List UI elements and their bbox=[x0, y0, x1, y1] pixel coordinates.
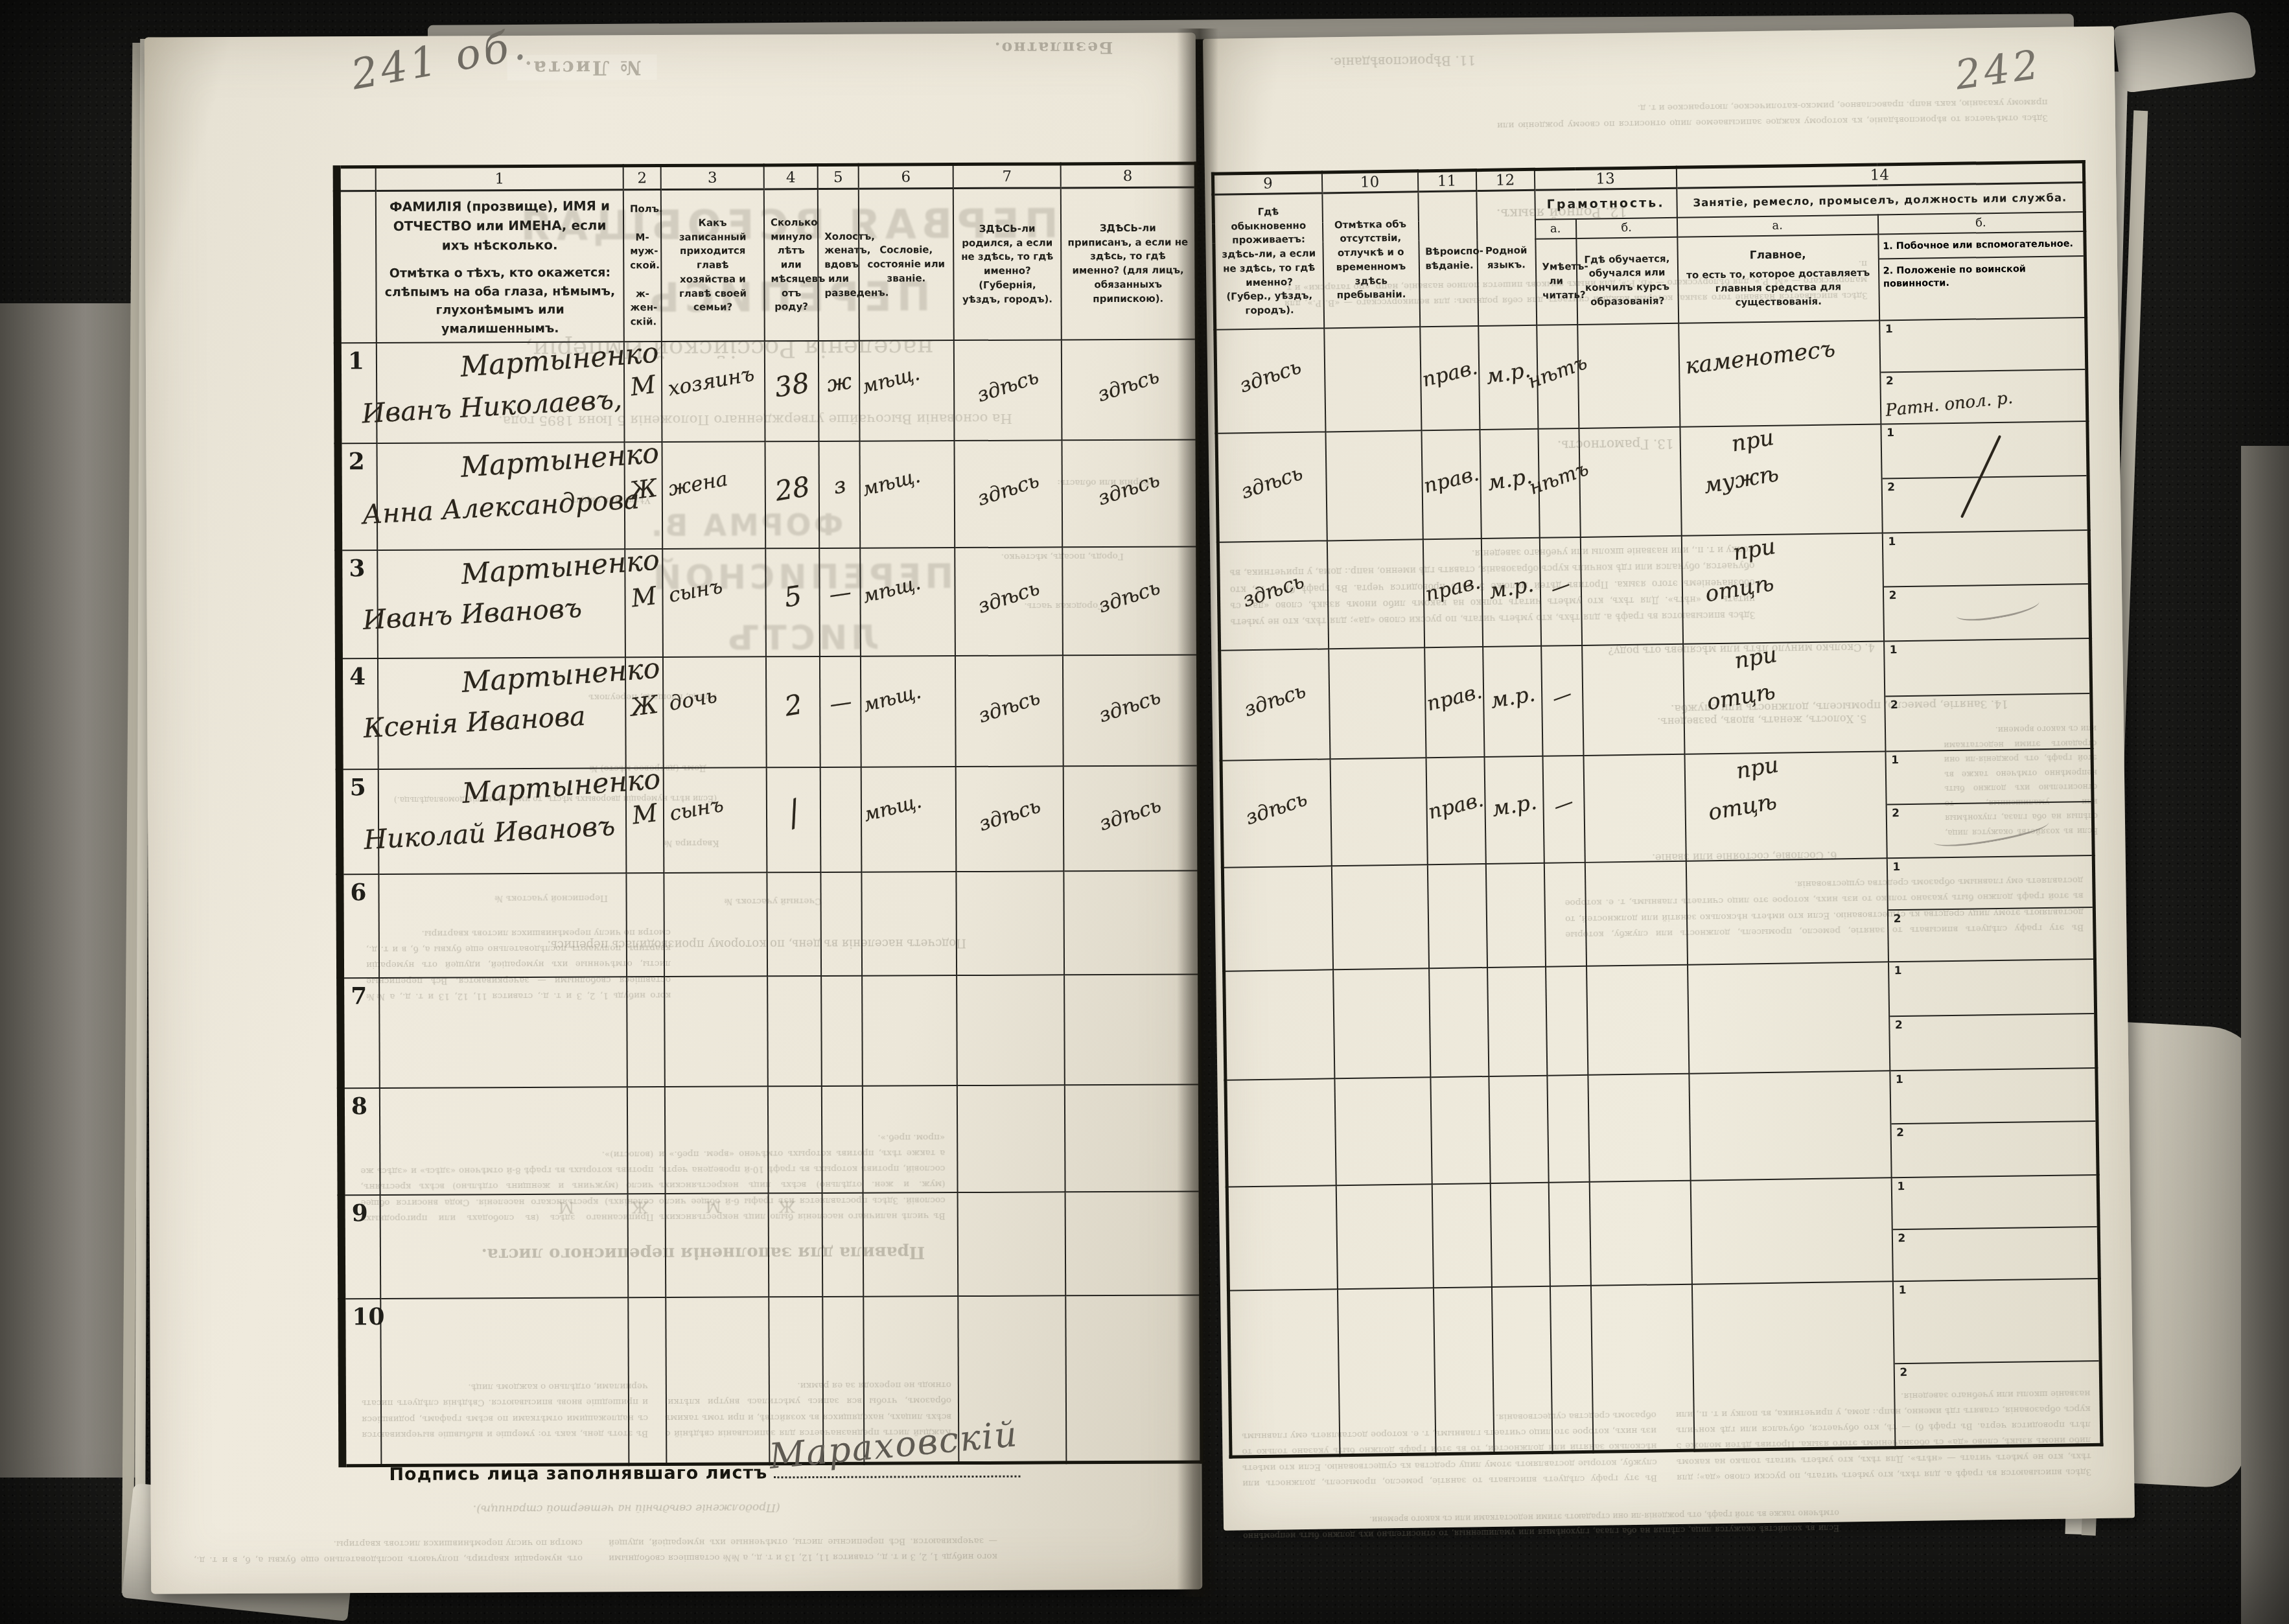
cell-relation: жена bbox=[662, 441, 765, 549]
bleed-religion-paragraph: Здѣсь отмѣчается то вѣроисповѣданіе, къ … bbox=[1496, 29, 2048, 133]
row-number: 5 bbox=[343, 770, 378, 801]
hw-age: 2 bbox=[782, 688, 804, 723]
bleed-bottom-line: Если въ хозяйствѣ окажутся лица, слѣпыя … bbox=[1243, 1496, 1840, 1544]
cell-born: здѣсь bbox=[956, 766, 1064, 872]
table-row: 2 МартыненкоАнна Александрова Ж жена 28 … bbox=[338, 439, 1198, 550]
cell-absence bbox=[1327, 539, 1424, 649]
col-number-10: 10 bbox=[1321, 171, 1417, 193]
col-number-11: 11 bbox=[1417, 170, 1476, 192]
table-row-empty: 7 bbox=[340, 974, 1200, 1088]
header-age: Сколько минуло лѣтъ или мѣсяцевъ отъ род… bbox=[764, 189, 819, 342]
hw-religion: прав. bbox=[1424, 680, 1484, 716]
hw-military: Ратн. опол. р. bbox=[1884, 388, 2013, 421]
hw-estate: мѣщ. bbox=[861, 790, 924, 826]
cell-religion: прав. bbox=[1424, 647, 1484, 758]
cell-absence bbox=[1329, 647, 1426, 759]
bleed-religion-item: 11. Вѣроисповѣданіе. bbox=[1312, 52, 1493, 71]
table-row-empty: 12 bbox=[1227, 1174, 2099, 1290]
cell-born: здѣсь bbox=[954, 440, 1062, 548]
cell-resides: здѣсь bbox=[1215, 328, 1325, 433]
hw-marital: — bbox=[828, 689, 853, 717]
subcell-2: 2 bbox=[1885, 692, 2091, 750]
cell-age: / bbox=[767, 767, 821, 872]
col-number-7: 7 bbox=[953, 164, 1061, 189]
signature-label: Подпись лица заполнявшаго листъ bbox=[389, 1463, 767, 1485]
table-row-empty: 8 bbox=[341, 1084, 1200, 1195]
header-occupation-side: 1. Побочное или вспомогательное. 2. Поло… bbox=[1878, 231, 2086, 320]
hw-relation: жена bbox=[666, 467, 729, 501]
subcell-1: 1 bbox=[1885, 639, 2090, 695]
census-sheet-left-page: 241 об. № Листа. Безплатно. ПЕРВАЯ ВСЕОБ… bbox=[145, 32, 1202, 1594]
header-religion: Вѣроиспо- вѣданіе. bbox=[1418, 191, 1478, 327]
cell-occupation-side: 12 bbox=[1887, 855, 2095, 961]
hw-occupation: при bbox=[1729, 424, 1775, 457]
signature-dotted-line bbox=[774, 1476, 1020, 1479]
table-row-empty: 12 bbox=[1228, 1278, 2101, 1457]
subcell-1-label: 1 bbox=[1887, 426, 1894, 439]
hw-resides: здѣсь bbox=[1237, 355, 1305, 398]
hw-estate: мѣщ. bbox=[859, 362, 922, 399]
col-number-5: 5 bbox=[818, 165, 859, 189]
cell-occupation: приотцѣ bbox=[1684, 751, 1887, 861]
cell-occupation-side: 12 bbox=[1882, 529, 2090, 640]
subcell-2-label: 2 bbox=[1886, 375, 1894, 388]
subcell-2: 2Ратн. опол. р. bbox=[1881, 369, 2086, 423]
cell-relation: сынъ bbox=[664, 767, 767, 873]
hw-given-name: Анна Александрова bbox=[362, 483, 640, 530]
cell-name: МартыненкоКсенія Иванова bbox=[378, 657, 626, 769]
table-row: 1 МартыненкоИванъ Николаевъ, М хозяинъ 3… bbox=[338, 339, 1197, 443]
cell-language: м.р. bbox=[1484, 756, 1544, 863]
header-occupation-main-text: то есть то, которое доставляетъ главныя … bbox=[1686, 266, 1870, 308]
cell-reads: нѣтъ bbox=[1537, 324, 1579, 428]
table-row-empty: 6 bbox=[340, 870, 1199, 978]
free-of-charge-stamp: Безплатно. bbox=[993, 38, 1113, 58]
header-residence: Гдѣ обыкновенно проживаетъ: здѣсь-ли, а … bbox=[1213, 193, 1324, 329]
cell-resides: здѣсь bbox=[1220, 649, 1330, 760]
row-number: 1 bbox=[342, 343, 376, 375]
header-education: Гдѣ обучается, обучался или кончилъ курс… bbox=[1576, 237, 1679, 324]
hw-occupation: при bbox=[1732, 641, 1778, 674]
cell-estate: мѣщ. bbox=[861, 656, 956, 767]
sublabel-13a: а. bbox=[1535, 218, 1575, 238]
hw-sex: Ж bbox=[629, 690, 660, 722]
table-row: 4 МартыненкоКсенія Иванова Ж дочь 2 — мѣ… bbox=[339, 655, 1198, 769]
cell-education bbox=[1577, 323, 1680, 428]
subcell-2-label: 2 bbox=[1900, 1366, 1907, 1379]
cell-born: здѣсь bbox=[955, 547, 1063, 656]
hw-given-name: Иванъ Николаевъ, bbox=[361, 384, 623, 430]
cell-registered: здѣсь bbox=[1062, 339, 1197, 440]
subcell-1-label: 1 bbox=[1888, 535, 1896, 548]
col-number-3: 3 bbox=[661, 165, 764, 190]
bleed-continuation-note: (Продолженіе свѣдѣній на четвертой стран… bbox=[413, 1500, 841, 1516]
hw-age: / bbox=[780, 794, 807, 834]
col-number-9: 9 bbox=[1213, 172, 1321, 194]
hw-age: 5 bbox=[782, 579, 804, 613]
col-number-4: 4 bbox=[764, 165, 818, 189]
subcell-1-label: 1 bbox=[1897, 1180, 1905, 1193]
cell-occupation: приотцѣ bbox=[1683, 641, 1885, 754]
hw-born: здѣсь bbox=[975, 576, 1042, 618]
cell-registered: здѣсь bbox=[1062, 439, 1197, 547]
cell-occupation-side: 12 bbox=[1881, 421, 2089, 533]
side-occupation-split: 12Ратн. опол. р. bbox=[1880, 318, 2086, 423]
census-table-right: 9 10 11 12 13 14 Гдѣ обыкновенно прожива… bbox=[1211, 160, 2104, 1459]
hw-estate: мѣщ. bbox=[860, 465, 923, 501]
col-number-8: 8 bbox=[1061, 163, 1196, 188]
cell-language: м.р. bbox=[1483, 645, 1542, 756]
subcell-2-label: 2 bbox=[1896, 1126, 1904, 1139]
hw-relation: сынъ bbox=[668, 793, 725, 825]
cell-education bbox=[1579, 426, 1681, 537]
cell-name: МартыненкоИванъ Николаевъ, bbox=[377, 342, 625, 443]
hw-estate: мѣщ. bbox=[861, 680, 924, 717]
hw-registered: здѣсь bbox=[1095, 468, 1163, 510]
census-table-left: 1 2 3 4 5 6 7 8 ФАМИЛІЯ (прозвище), ИМЯ … bbox=[333, 161, 1203, 1467]
cell-absence bbox=[1330, 758, 1427, 866]
table-row-empty: 12 bbox=[1224, 958, 2097, 1080]
subcell-2-label: 2 bbox=[1888, 589, 1896, 602]
cell-estate: мѣщ. bbox=[859, 340, 955, 441]
hw-language: м.р. bbox=[1488, 680, 1537, 713]
table-row: здѣсь прав. м.р. — приотцѣ 12 bbox=[1218, 529, 2090, 650]
subcell-1-label: 1 bbox=[1890, 644, 1898, 656]
cell-education bbox=[1583, 754, 1686, 862]
table-row-empty: 12 bbox=[1222, 855, 2095, 971]
cell-occupation-side: 12 bbox=[1891, 1174, 2099, 1281]
header-side-occupation: 1. Побочное или вспомогательное. bbox=[1879, 232, 2084, 259]
table-row: 5 МартыненкоНиколай Ивановъ М сынъ / мѣщ… bbox=[340, 765, 1199, 874]
hw-occupation-2: отцѣ bbox=[1704, 678, 1777, 715]
header-row-number-col bbox=[337, 191, 377, 343]
side-occupation-split: 12 bbox=[1883, 531, 2089, 640]
header-absence: Отмѣтка объ отсутствіи, отлучкѣ и о врем… bbox=[1322, 192, 1420, 328]
col-number-2: 2 bbox=[623, 166, 661, 190]
hw-occupation-2: отцѣ bbox=[1703, 570, 1776, 607]
photograph-of-census-ledger: 241 об. № Листа. Безплатно. ПЕРВАЯ ВСЕОБ… bbox=[0, 0, 2289, 1624]
cell-relation: сынъ bbox=[662, 548, 766, 657]
hw-sex: М bbox=[631, 798, 659, 830]
cell-resides: здѣсь bbox=[1218, 540, 1328, 650]
hw-relation: сынъ bbox=[667, 575, 725, 607]
cell-age: 28 bbox=[765, 441, 819, 548]
header-relation: Какъ записанный приходится главѣ хозяйст… bbox=[661, 189, 765, 342]
header-estate: Сословіе, состояніе или званіе. bbox=[859, 189, 954, 341]
table-row: здѣсь прав. м.р. нѣтъ каменотесъ 12Ратн.… bbox=[1215, 318, 2087, 434]
row-number: 2 bbox=[342, 444, 377, 475]
cell-occupation-side: 12 bbox=[1890, 1067, 2098, 1177]
cell-religion: прав. bbox=[1421, 430, 1481, 539]
subcell-2-label: 2 bbox=[1892, 807, 1900, 820]
subcell-2-label: 2 bbox=[1893, 912, 1901, 925]
cell-education bbox=[1580, 535, 1682, 645]
header-occupation-main: Главное,то есть то, которое доставляетъ … bbox=[1677, 234, 1879, 323]
table-row: здѣсь прав. м.р. — приотцѣ 12 bbox=[1221, 748, 2093, 867]
cell-resides: здѣсь bbox=[1216, 432, 1327, 542]
cell-born: здѣсь bbox=[954, 340, 1062, 441]
subcell-1: 1 bbox=[1883, 531, 2088, 586]
hw-sex: М bbox=[629, 370, 657, 402]
row-number: 4 bbox=[343, 659, 377, 690]
subcell-1: 1 bbox=[1886, 748, 2091, 804]
subcell-1-label: 1 bbox=[1896, 1073, 1903, 1086]
hw-age: 28 bbox=[773, 470, 812, 507]
hw-estate: мѣщ. bbox=[861, 572, 924, 608]
census-sheet-right-page: 242 11. Вѣроисповѣданіе. Здѣсь отмѣчаетс… bbox=[1203, 26, 2135, 1530]
hw-marital: — bbox=[827, 579, 852, 608]
col-number-6: 6 bbox=[859, 165, 953, 189]
hw-born: здѣсь bbox=[975, 686, 1043, 728]
table-row-empty: 12 bbox=[1226, 1067, 2098, 1187]
cell-age: 38 bbox=[765, 341, 819, 441]
header-name-note: Отмѣтка о тѣхъ, кто окажется: слѣпымъ на… bbox=[382, 263, 617, 338]
cell-occupation-side: 12 bbox=[1888, 958, 2096, 1070]
cell-education bbox=[1582, 644, 1684, 755]
cell-estate: мѣщ. bbox=[861, 767, 957, 872]
header-marital: Холостъ, женатъ, вдовъ или разведенъ. bbox=[818, 189, 859, 341]
subcell-1: 1 bbox=[1880, 318, 2086, 371]
hw-religion: прав. bbox=[1423, 570, 1482, 607]
corner-cell bbox=[337, 167, 376, 191]
side-occupation-split: 12 bbox=[1881, 422, 2087, 532]
row-number: 8 bbox=[345, 1089, 379, 1120]
subcell-1-label: 1 bbox=[1894, 964, 1902, 977]
row-number: 7 bbox=[344, 979, 378, 1010]
cell-marital bbox=[820, 767, 862, 872]
row-number: 6 bbox=[343, 875, 378, 906]
cell-occupation-side: 12Ратн. опол. р. bbox=[1879, 318, 2087, 424]
header-occupation-main-word: Главное, bbox=[1684, 246, 1872, 265]
cell-name: МартыненкоНиколай Ивановъ bbox=[378, 768, 627, 874]
cell-occupation: приотцѣ bbox=[1681, 533, 1883, 644]
cell-absence bbox=[1325, 430, 1423, 540]
signature-row: Подпись лица заполнявшаго листъ Мараховс… bbox=[389, 1462, 1011, 1485]
header-name-column: ФАМИЛІЯ (прозвище), ИМЯ и ОТЧЕСТВО или И… bbox=[376, 190, 624, 343]
cell-occupation-side: 12 bbox=[1884, 638, 2092, 750]
hw-registered: здѣсь bbox=[1097, 793, 1164, 835]
cell-religion: прав. bbox=[1420, 326, 1480, 430]
hw-resides: здѣсь bbox=[1238, 461, 1307, 504]
subcell-2-label: 2 bbox=[1898, 1232, 1905, 1245]
hw-given-name: Ксенія Иванова bbox=[362, 701, 586, 744]
cell-religion: прав. bbox=[1423, 539, 1482, 647]
subcell-1-label: 1 bbox=[1898, 1284, 1906, 1297]
hw-sex: Ж bbox=[628, 473, 659, 505]
cell-language: м.р. bbox=[1481, 537, 1540, 646]
subcell-2-label: 2 bbox=[1890, 699, 1898, 712]
subcell-2-label: 2 bbox=[1895, 1019, 1903, 1032]
cell-born: здѣсь bbox=[955, 655, 1063, 767]
col-number-12: 12 bbox=[1476, 169, 1534, 191]
col-number-1: 1 bbox=[376, 166, 623, 191]
table-row: здѣсь прав. м.р. нѣтъ примужѣ 12 bbox=[1216, 421, 2089, 542]
cell-marital: — bbox=[820, 656, 861, 767]
hw-given-name: Иванъ Ивановъ bbox=[362, 592, 583, 636]
hw-religion: прав. bbox=[1420, 356, 1480, 392]
table-row: здѣсь прав. м.р. — приотцѣ 12 bbox=[1220, 638, 2092, 760]
cell-registered: здѣсь bbox=[1063, 655, 1198, 766]
cell-reads: — bbox=[1539, 537, 1581, 645]
sheet-number-stamp: № Листа. bbox=[507, 54, 657, 80]
hw-occupation-2: отцѣ bbox=[1706, 788, 1778, 826]
sublabel-13b: б. bbox=[1575, 217, 1677, 238]
cell-marital: з bbox=[819, 441, 860, 548]
cell-reads: — bbox=[1542, 755, 1585, 863]
hw-resides: здѣсь bbox=[1241, 679, 1309, 721]
cell-reads: нѣтъ bbox=[1538, 428, 1580, 537]
cell-relation: хозяинъ bbox=[662, 341, 765, 442]
cell-estate: мѣщ. bbox=[859, 441, 955, 548]
hw-religion: прав. bbox=[1421, 462, 1481, 498]
cell-absence bbox=[1324, 327, 1421, 432]
col-number-13: 13 bbox=[1534, 167, 1676, 190]
hw-resides: здѣсь bbox=[1243, 787, 1311, 830]
cell-religion: прав. bbox=[1426, 757, 1485, 864]
hw-marital: ж bbox=[825, 369, 854, 398]
backing-card-right bbox=[2241, 446, 2289, 1624]
header-name-main: ФАМИЛІЯ (прозвище), ИМЯ и ОТЧЕСТВО или И… bbox=[382, 196, 617, 255]
side-occupation-split: 12 bbox=[1885, 639, 2091, 750]
hw-born: здѣсь bbox=[976, 794, 1043, 836]
hw-occupation: при bbox=[1731, 533, 1777, 566]
hw-sex: М bbox=[629, 581, 658, 613]
cell-name: МартыненкоАнна Александрова bbox=[377, 442, 625, 550]
cell-estate: мѣщ. bbox=[860, 548, 955, 656]
hw-registered: здѣсь bbox=[1095, 365, 1162, 407]
backing-card-left bbox=[0, 303, 141, 1478]
folded-corner-top-right bbox=[2113, 10, 2256, 94]
hw-marital: з bbox=[831, 472, 847, 500]
hw-age: 38 bbox=[772, 367, 811, 404]
hw-reads: — bbox=[1548, 573, 1574, 601]
header-literacy-group: Грамотность. bbox=[1535, 188, 1677, 219]
header-registration: ЗДѢСЬ-ли приписанъ, а если не здѣсь, то … bbox=[1061, 187, 1196, 340]
cell-registered: здѣсь bbox=[1063, 765, 1199, 871]
hw-occupation-2: мужѣ bbox=[1702, 460, 1781, 498]
table-row-empty: 9 bbox=[342, 1191, 1201, 1299]
hw-born: здѣсь bbox=[974, 365, 1041, 408]
cell-occupation-side: 12 bbox=[1892, 1278, 2102, 1447]
hw-occupation: при bbox=[1734, 751, 1780, 784]
row-number: 10 bbox=[345, 1299, 380, 1330]
cell-occupation: примужѣ bbox=[1680, 424, 1882, 535]
subcell-1-label: 1 bbox=[1885, 323, 1893, 336]
hw-language: м.р. bbox=[1487, 572, 1535, 604]
header-birthplace: ЗДѢСЬ-ли родился, а если не здѣсь, то гд… bbox=[953, 188, 1062, 340]
hw-relation: дочь bbox=[668, 684, 719, 716]
cell-name: МартыненкоИванъ Ивановъ bbox=[377, 549, 625, 658]
sublabel-14b: б. bbox=[1877, 212, 2084, 234]
sublabel-14a: а. bbox=[1677, 215, 1877, 237]
cell-registered: здѣсь bbox=[1062, 546, 1198, 655]
header-language: Родной языкъ. bbox=[1476, 190, 1537, 325]
header-sex: Полъ. М-муж- ской. ж-жен- скій. bbox=[623, 190, 662, 342]
hw-occupation: каменотесъ bbox=[1684, 336, 1837, 380]
hw-born: здѣсь bbox=[975, 469, 1042, 511]
header-military-status: 2. Положеніе по воинской повинности. bbox=[1879, 255, 2084, 296]
row-number: 3 bbox=[342, 551, 377, 582]
table-row: 3 МартыненкоИванъ Ивановъ М сынъ 5 — мѣщ… bbox=[338, 546, 1198, 658]
hw-relation: хозяинъ bbox=[666, 362, 756, 400]
cell-resides: здѣсь bbox=[1221, 759, 1331, 867]
cell-marital: — bbox=[819, 548, 861, 656]
hw-resides: здѣсь bbox=[1240, 570, 1308, 612]
hw-reads: — bbox=[1551, 791, 1577, 818]
subcell-2: 2 bbox=[1882, 475, 2087, 532]
cell-occupation-side: 12 bbox=[1885, 748, 2093, 857]
hw-language: м.р. bbox=[1490, 789, 1539, 822]
hw-reads: — bbox=[1549, 682, 1575, 710]
cell-age: 5 bbox=[765, 548, 820, 656]
subcell-1-label: 1 bbox=[1892, 861, 1900, 874]
hw-given-name: Николай Ивановъ bbox=[363, 810, 616, 855]
header-can-read: Умѣетъ-ли читать? bbox=[1535, 238, 1577, 325]
cell-occupation: каменотесъ bbox=[1679, 320, 1881, 426]
hw-registered: здѣсь bbox=[1096, 575, 1163, 618]
cell-relation: дочь bbox=[663, 656, 767, 768]
row-number: 9 bbox=[345, 1196, 380, 1227]
cell-marital: ж bbox=[819, 341, 860, 441]
hw-religion: прав. bbox=[1426, 788, 1485, 824]
subcell-1-label: 1 bbox=[1891, 754, 1899, 767]
hw-registered: здѣсь bbox=[1096, 685, 1163, 727]
subcell-2-label: 2 bbox=[1887, 481, 1895, 494]
cell-reads: — bbox=[1541, 645, 1583, 756]
cell-age: 2 bbox=[766, 656, 820, 767]
